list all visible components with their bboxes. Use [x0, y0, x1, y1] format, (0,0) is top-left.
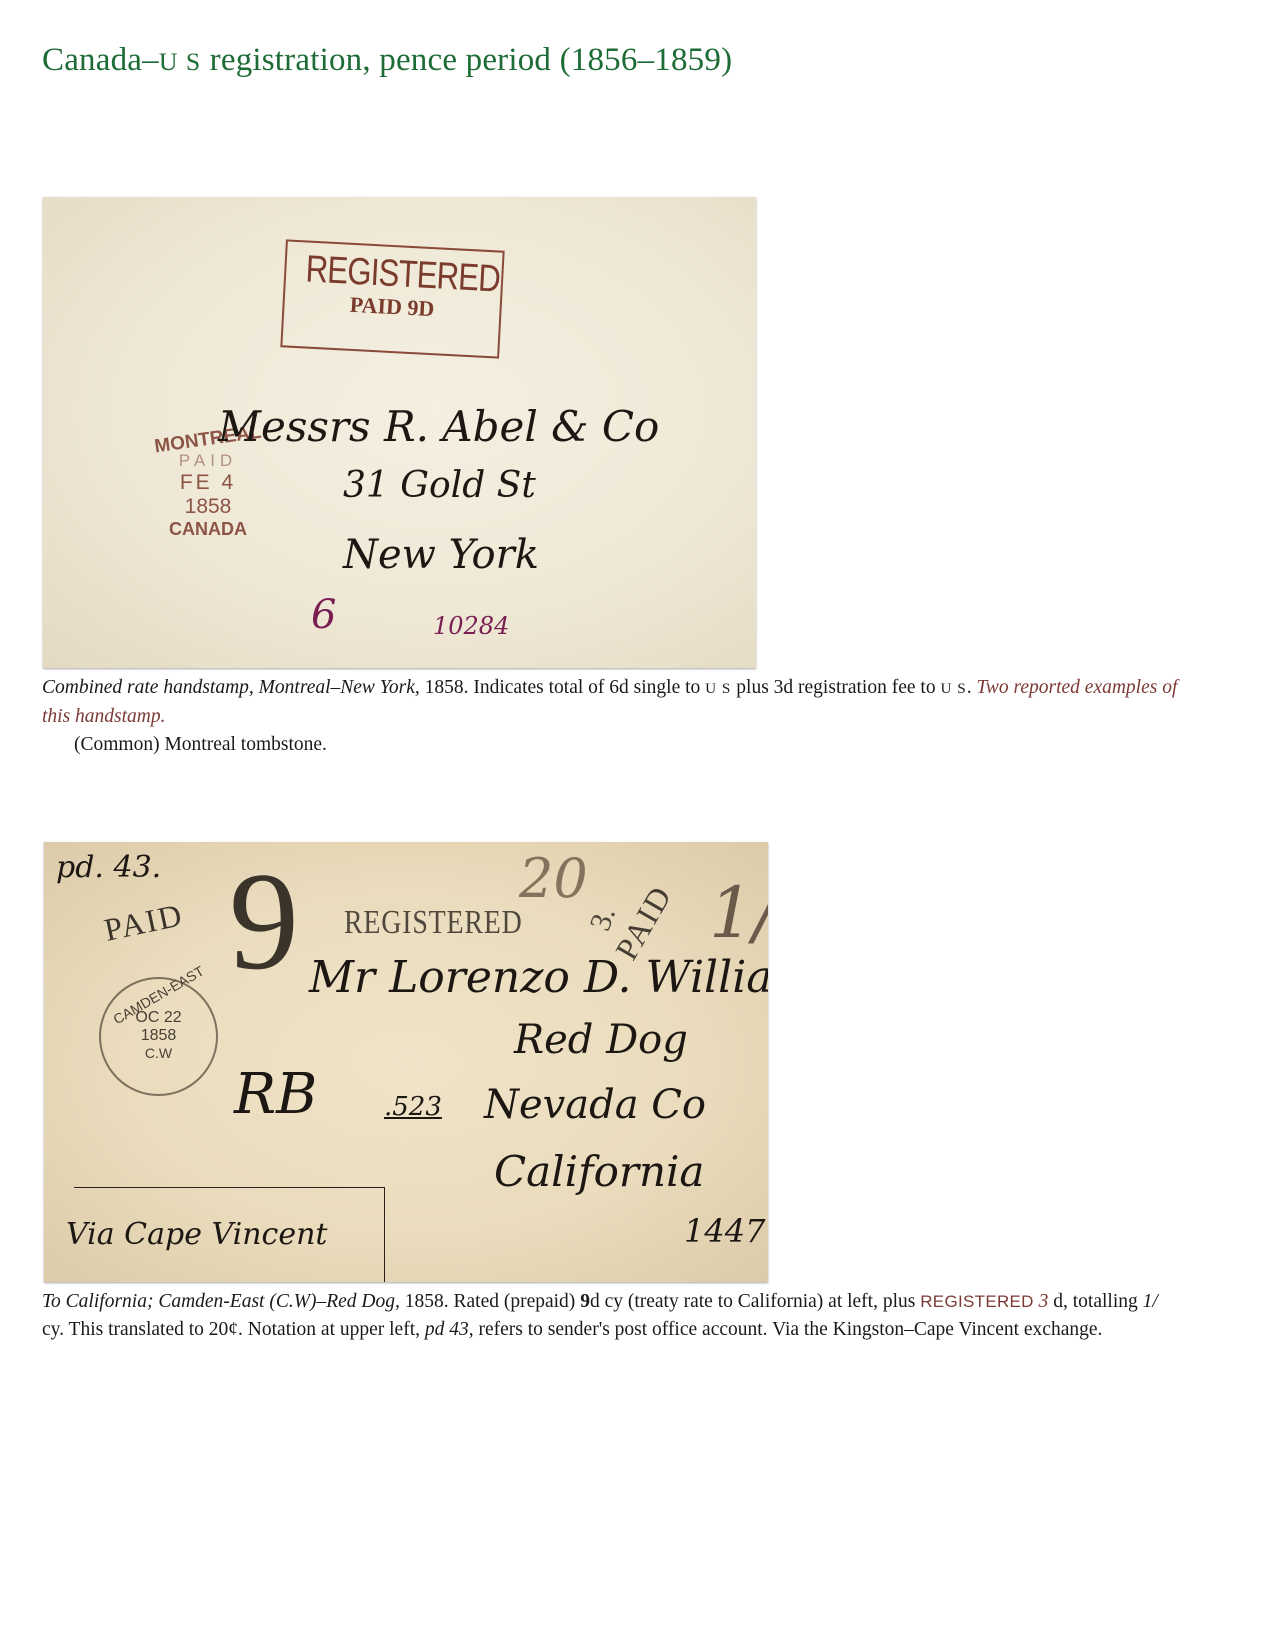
cds-province: C.W: [101, 1045, 216, 1061]
page-title: Canada–U S registration, pence period (1…: [42, 42, 732, 79]
caption-1-text-b: plus 3d registration fee to: [731, 677, 940, 698]
caption-1-line-2: (Common) Montreal tombstone.: [42, 731, 1182, 759]
caption-2-text-d: cy. This translated to 20¢. Notation at …: [42, 1319, 425, 1340]
caption-2-reg-fee: 3: [1034, 1291, 1049, 1312]
caption-cover-2: To California; Camden-East (C.W)–Red Dog…: [42, 1288, 1182, 1344]
caption-2-total: 1/: [1143, 1291, 1158, 1312]
address-county: Nevada Co: [484, 1082, 706, 1128]
registration-number: 10284: [433, 612, 509, 640]
cover-image-camden-east-red-dog: pd. 43. PAID 9 REGISTERED 3. PAID 20 1/ …: [44, 842, 768, 1282]
cds-year: 1858: [101, 1027, 216, 1045]
caption-2-text-b: d cy (treaty rate to California) at left…: [590, 1291, 920, 1312]
title-us: U S: [159, 47, 201, 76]
cover-image-montreal-new-york: REGISTERED PAID 9D MONTREAL PAID FE 4 18…: [43, 197, 756, 668]
docket-number: 1447: [684, 1212, 765, 1250]
caption-1-text-c: .: [967, 677, 977, 698]
address-addressee: Mr Lorenzo D. Williams: [309, 952, 768, 1003]
address-city: New York: [343, 532, 539, 578]
caption-2-text-c: d, totalling: [1048, 1291, 1142, 1312]
registered-paid-box-handstamp: REGISTERED PAID 9D: [280, 239, 504, 358]
rate-9-handstamp: 9: [229, 852, 299, 992]
pd-43-notation: pd. 43.: [56, 850, 161, 885]
registered-handstamp: REGISTERED: [344, 904, 523, 942]
caption-1-text: Combined rate handstamp, Montreal–New Yo…: [42, 674, 1182, 731]
caption-1-us-2: U S: [940, 680, 966, 697]
cds-country: CANADA: [138, 519, 278, 540]
caption-2-italic: To California; Camden-East (C.W)–Red Dog…: [42, 1291, 400, 1312]
manuscript-1-shilling: 1/: [709, 872, 768, 954]
manuscript-rate: 6: [311, 592, 336, 638]
address-state: California: [494, 1147, 704, 1196]
manuscript-rb: RB: [234, 1062, 317, 1127]
stamp-registered-text: REGISTERED: [305, 248, 483, 300]
paid-handstamp-left: PAID: [101, 896, 187, 949]
via-cape-vincent-note: Via Cape Vincent: [66, 1217, 327, 1252]
cds-year: 1858: [138, 495, 278, 519]
caption-1-italic: Combined rate handstamp, Montreal–New Yo…: [42, 677, 420, 698]
caption-2-rate: 9: [580, 1291, 590, 1312]
address-street: 31 Gold St: [343, 465, 536, 506]
caption-2-pd: pd 43,: [425, 1319, 474, 1340]
address-town: Red Dog: [514, 1017, 688, 1063]
registration-number: .523: [384, 1092, 442, 1122]
caption-1-text-a: 1858. Indicates total of 6d single to: [420, 677, 705, 698]
caption-2-text-a: 1858. Rated (prepaid): [400, 1291, 580, 1312]
caption-cover-1: Combined rate handstamp, Montreal–New Yo…: [42, 674, 1182, 759]
manuscript-20: 20: [519, 847, 588, 910]
caption-2-text-e: refers to sender's post office account. …: [474, 1319, 1103, 1340]
address-addressee: Messrs R. Abel & Co: [218, 402, 659, 451]
title-text-rest: registration, pence period (1856–1859): [201, 42, 732, 78]
caption-1-us: U S: [705, 680, 731, 697]
title-text: Canada–: [42, 42, 159, 78]
cds-date: FE 4: [138, 471, 278, 495]
caption-2-registered-label: REGISTERED: [920, 1292, 1034, 1311]
camden-east-cds: CAMDEN-EAST OC 22 1858 C.W: [99, 977, 218, 1096]
cds-paid: PAID: [138, 451, 278, 471]
